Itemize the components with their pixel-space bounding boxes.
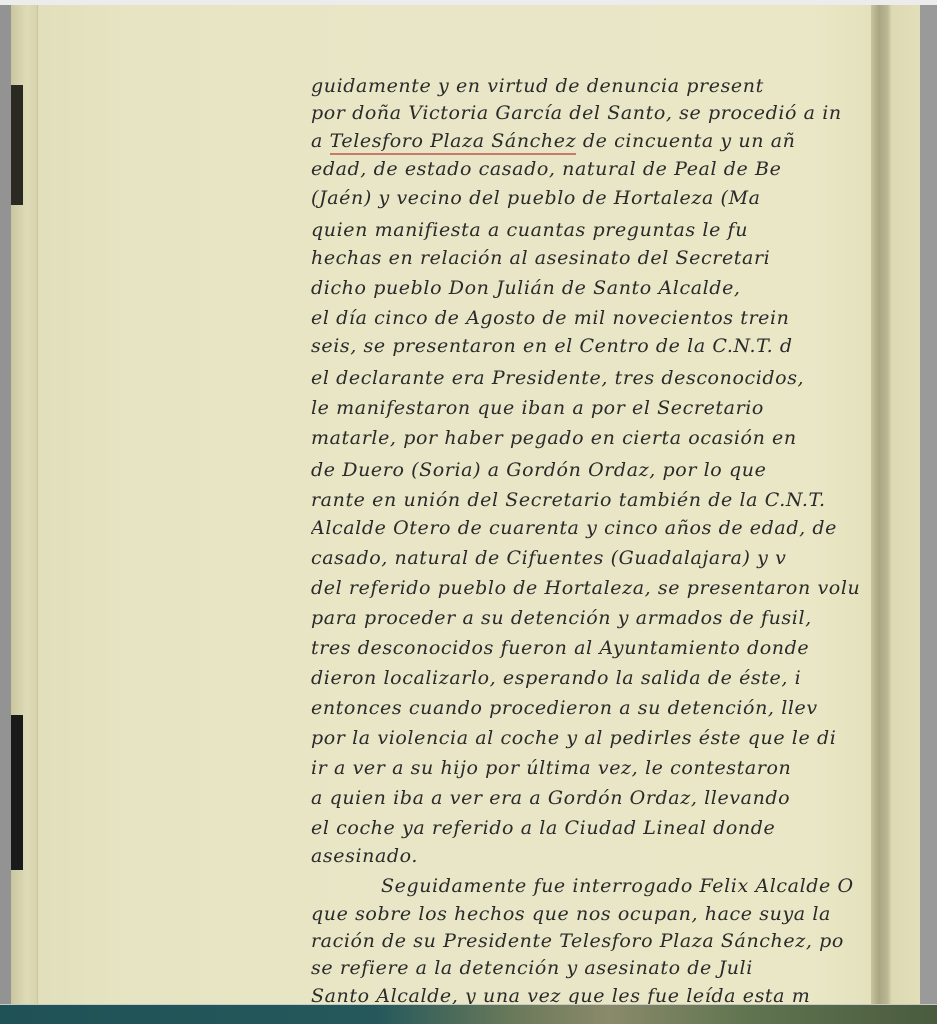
text-line: rante en unión del Secretario también de… bbox=[311, 489, 826, 511]
text-line: ración de su Presidente Telesforo Plaza … bbox=[311, 930, 844, 952]
text-line: para proceder a su detención y armados d… bbox=[311, 607, 812, 629]
text-line: Alcalde Otero de cuarenta y cinco años d… bbox=[311, 517, 837, 539]
text-line: le manifestaron que iban a por el Secret… bbox=[311, 397, 764, 419]
text-line: por doña Victoria García del Santo, se p… bbox=[311, 102, 842, 124]
text-line: a quien iba a ver era a Gordón Ordaz, ll… bbox=[311, 787, 790, 809]
binding-tear bbox=[11, 715, 23, 870]
text-line: casado, natural de Cifuentes (Guadalajar… bbox=[311, 547, 786, 569]
text-line: dieron localizarlo, esperando la salida … bbox=[311, 667, 801, 689]
text-line: el coche ya referido a la Ciudad Lineal … bbox=[311, 817, 775, 839]
viewer-frame-right bbox=[920, 5, 937, 1005]
text-line: dicho pueblo Don Julián de Santo Alcalde… bbox=[311, 277, 741, 299]
text-line: a Telesforo Plaza Sánchez de cincuenta y… bbox=[311, 130, 795, 152]
text-line: Seguidamente fue interrogado Felix Alcal… bbox=[381, 875, 854, 897]
text-line: matarle, por haber pegado en cierta ocas… bbox=[311, 427, 797, 449]
text-line: que sobre los hechos que nos ocupan, hac… bbox=[311, 903, 831, 925]
text-line: el declarante era Presidente, tres desco… bbox=[311, 367, 804, 389]
document-page: guidamente y en virtud de denuncia prese… bbox=[11, 5, 920, 1005]
text-line: asesinado. bbox=[311, 845, 418, 867]
handwritten-text: guidamente y en virtud de denuncia prese… bbox=[311, 75, 883, 1010]
text-line: (Jaén) y vecino del pueblo de Hortaleza … bbox=[311, 187, 761, 209]
text-line: de Duero (Soria) a Gordón Ordaz, por lo … bbox=[311, 459, 766, 481]
text-line: del referido pueblo de Hortaleza, se pre… bbox=[311, 577, 860, 599]
text-line: entonces cuando procedieron a su detenci… bbox=[311, 697, 818, 719]
text-line: quien manifiesta a cuantas preguntas le … bbox=[311, 219, 748, 241]
text-line: seis, se presentaron en el Centro de la … bbox=[311, 335, 793, 357]
text-line: edad, de estado casado, natural de Peal … bbox=[311, 158, 781, 180]
background-photo-strip bbox=[0, 1005, 937, 1024]
binding-tear bbox=[11, 85, 23, 205]
text-line: se refiere a la detención y asesinato de… bbox=[311, 957, 753, 979]
text-line: tres desconocidos fueron al Ayuntamiento… bbox=[311, 637, 809, 659]
text-line: ir a ver a su hijo por última vez, le co… bbox=[311, 757, 791, 779]
text-line: por la violencia al coche y al pedirles … bbox=[311, 727, 836, 749]
text-line: hechas en relación al asesinato del Secr… bbox=[311, 247, 770, 269]
text-line: el día cinco de Agosto de mil noveciento… bbox=[311, 307, 790, 329]
underlined-name: Telesforo Plaza Sánchez bbox=[330, 130, 577, 155]
page-edge bbox=[891, 5, 920, 1005]
text-line: guidamente y en virtud de denuncia prese… bbox=[311, 75, 764, 97]
viewer-frame-left bbox=[0, 5, 11, 1005]
page-binding-edge bbox=[11, 5, 38, 1005]
